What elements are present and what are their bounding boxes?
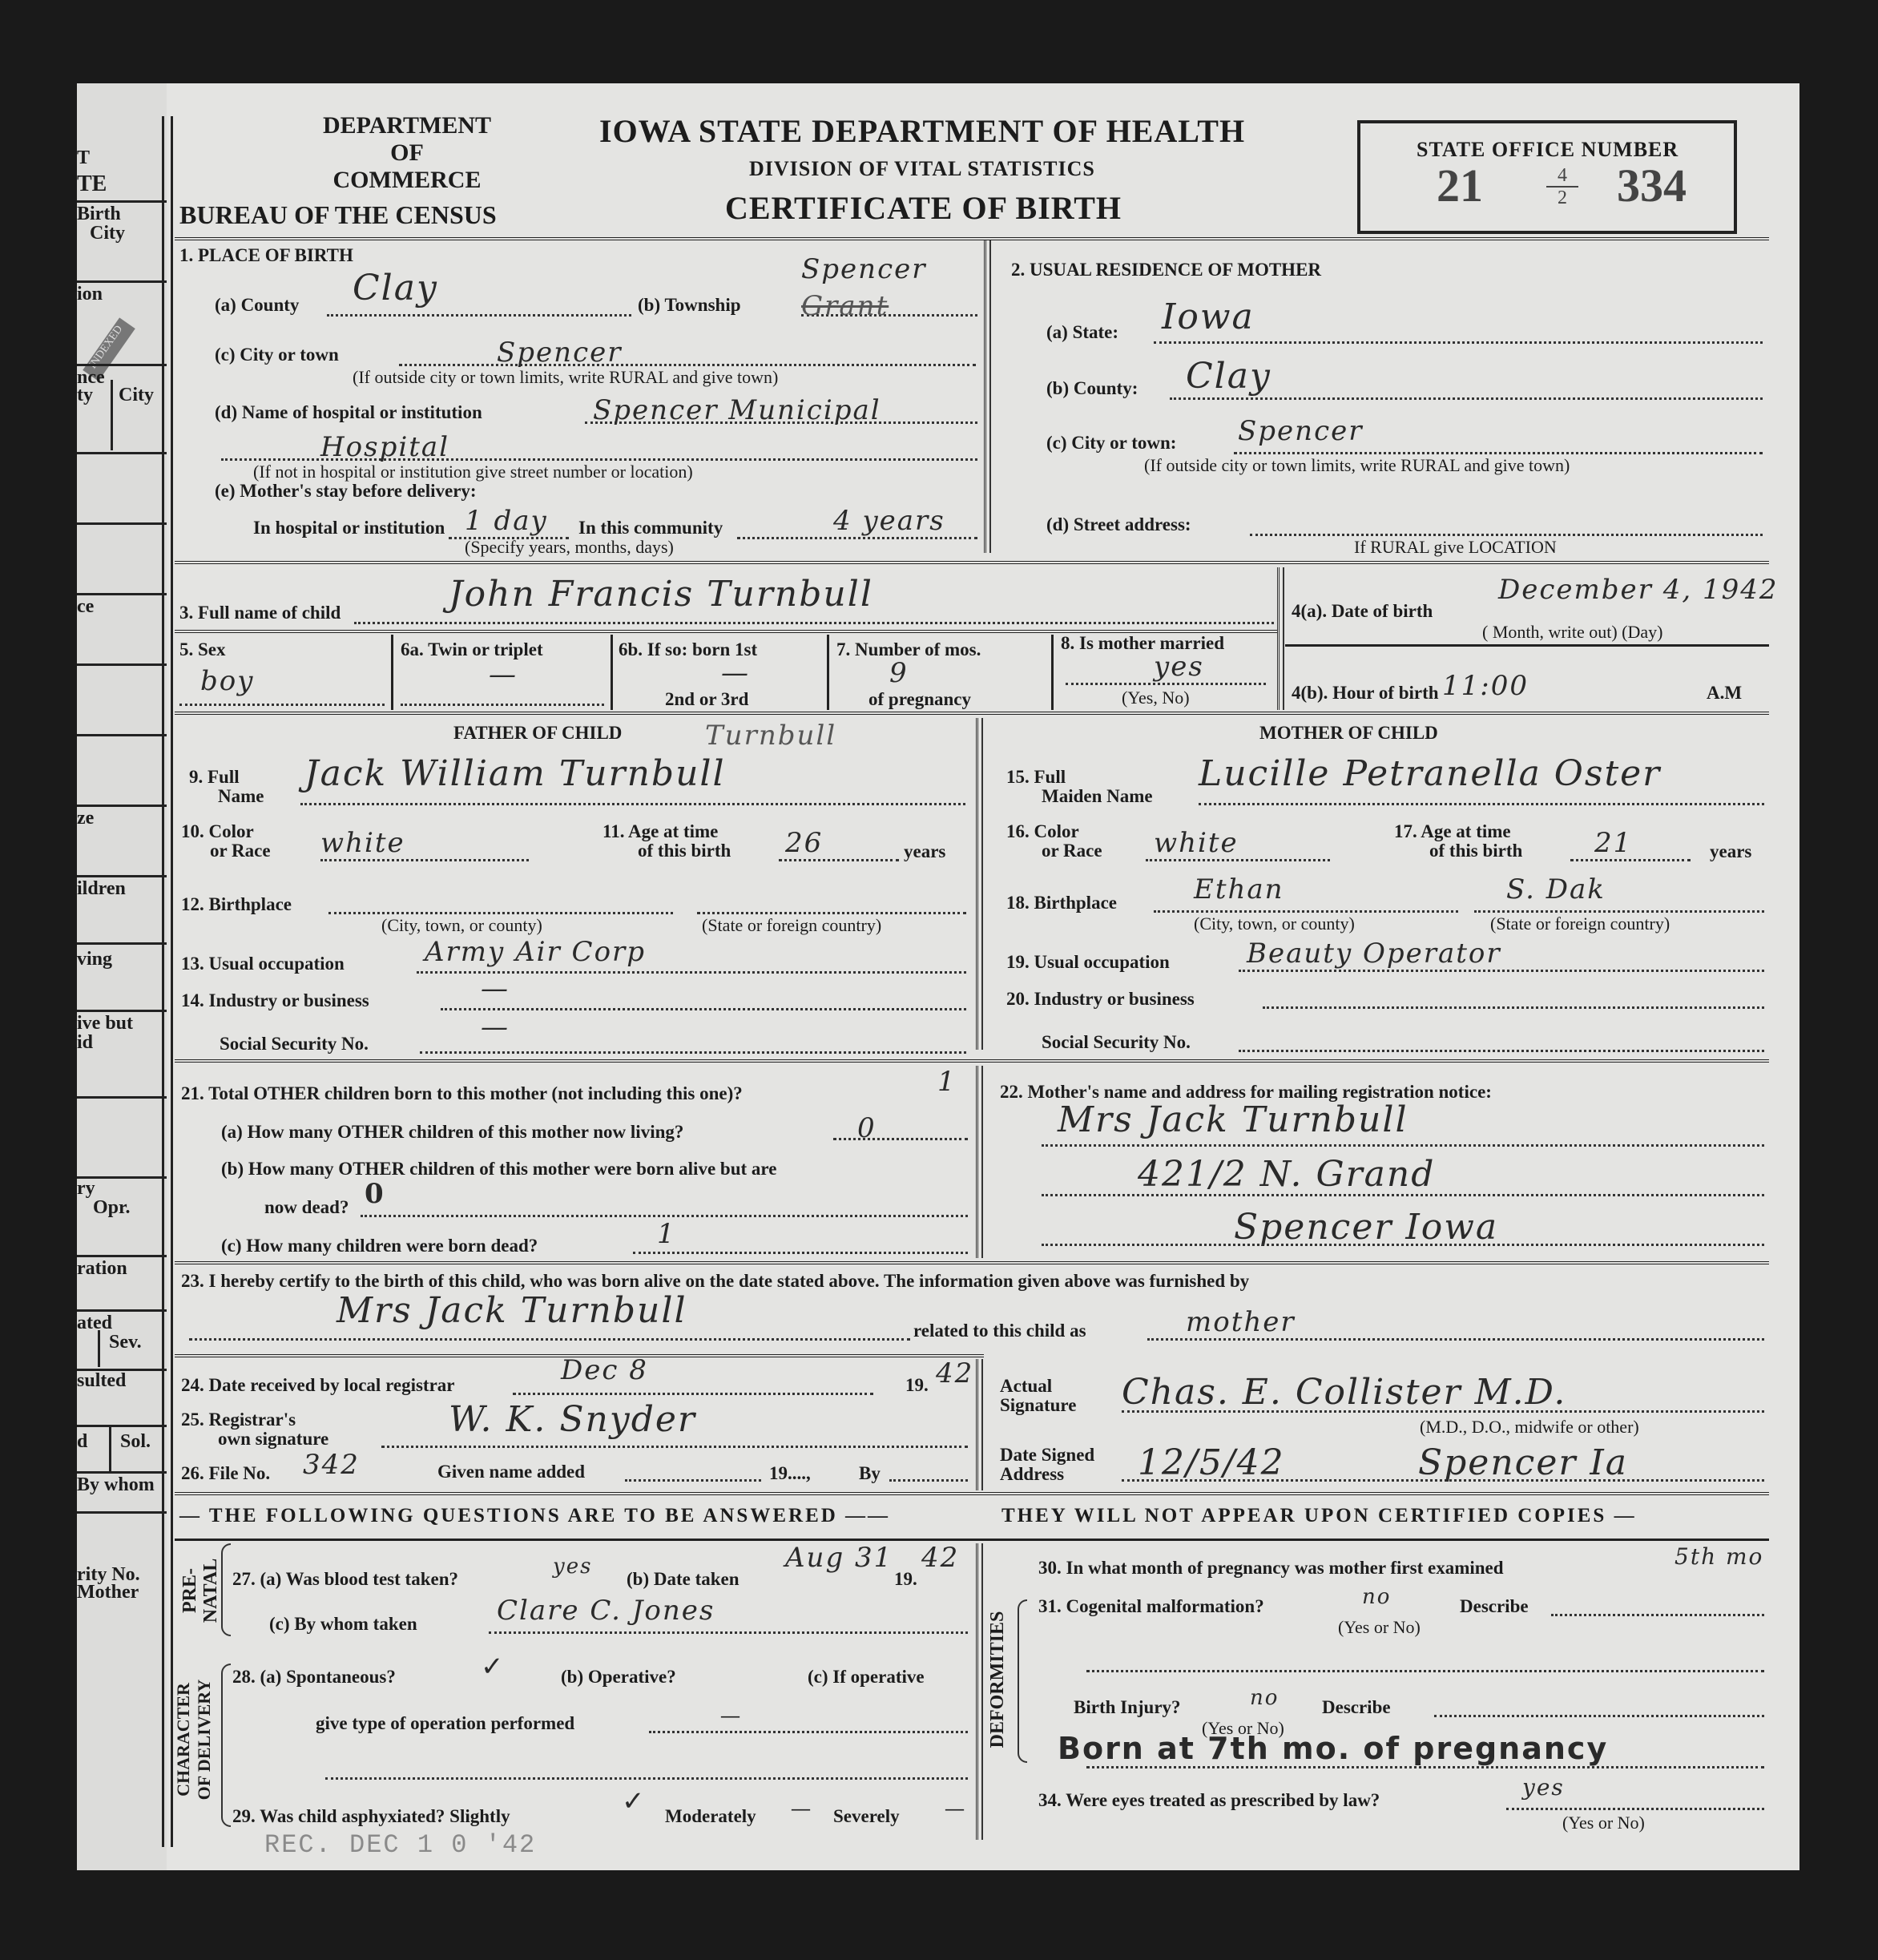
father-color-label: 10. Coloror Race [181,822,271,861]
certificate-title: CERTIFICATE OF BIRTH [725,189,1122,227]
res-state-label: (a) State: [1046,322,1118,343]
q29-label: 29. Was child asphyxiated? Slightly [232,1806,510,1827]
delivery-brace [221,1664,231,1827]
res-city-label: (c) City or town: [1046,433,1176,454]
father-heading: FATHER OF CHILD [453,723,622,744]
form-title: IOWA STATE DEPARTMENT OF HEALTH [599,112,1245,150]
left-stub: T TE Birth City ion INDEXED nce ty City … [77,83,167,1870]
stub-text: ce [77,596,94,618]
dept-commerce-block: DEPARTMENT OF COMMERCE [271,112,543,194]
birth-injury-describe-label: Describe [1322,1697,1391,1718]
date-signed-label: Date SignedAddress [1000,1446,1094,1484]
sex-field[interactable]: boy [200,665,254,697]
attendant-signature-field[interactable]: Chas. E. Collister M.D. [1122,1372,1566,1413]
q31-field[interactable]: no [1362,1585,1391,1609]
place-of-birth-heading: 1. PLACE OF BIRTH [179,245,353,266]
mailing-line-1[interactable]: Mrs Jack Turnbull [1058,1099,1408,1140]
q21-label: 21. Total OTHER children born to this mo… [181,1083,743,1104]
q21b-label-2: now dead? [264,1197,349,1218]
q21b-field[interactable]: 0 [365,1178,385,1210]
q31-label: 31. Cogenital malformation? [1038,1596,1264,1617]
stub-text: Mother [77,1582,139,1603]
given-year-prefix: 19...., [769,1463,811,1484]
file-no-field[interactable]: 342 [303,1449,360,1481]
stub-text: Opr. [93,1197,130,1219]
q29-moderately-label: Moderately [665,1806,756,1827]
stub-text: By whom [77,1474,155,1496]
q28c-label: (c) If operative [808,1667,925,1688]
stub-text: ive but [77,1013,133,1034]
father-name-label: 9. FullName [189,768,264,806]
born-order-field[interactable]: — [721,657,750,689]
birth-injury-field[interactable]: no [1250,1686,1279,1710]
pob-township-label: (b) Township [638,295,741,316]
q21a-label: (a) How many OTHER children of this moth… [221,1122,683,1143]
stub-text: ion [77,284,103,305]
father-age-field[interactable]: 26 [785,827,823,859]
registrar-signature-field[interactable]: W. K. Snyder [449,1399,696,1440]
stub-text: City [90,223,125,244]
related-label: related to this child as [913,1321,1086,1341]
state-office-fraction: 4 2 [1546,165,1578,208]
bureau-census: BUREAU OF THE CENSUS [179,200,497,230]
pob-stay-note: (Specify years, months, days) [465,537,674,558]
stub-divider [162,116,173,1847]
q34-yes-no-note: (Yes or No) [1562,1813,1645,1833]
state-office-prefix: 21 [1437,159,1483,212]
q27b-label: (b) Date taken [627,1569,740,1590]
pob-in-community-label: In this community [578,518,723,538]
pob-hospital-note: (If not in hospital or institution give … [253,462,693,482]
deformities-label: DEFORMITIES [987,1599,1008,1760]
q27a-field[interactable]: yes [553,1555,592,1579]
mailing-line-3[interactable]: Spencer Iowa [1234,1207,1498,1248]
deformities-brace [1018,1599,1027,1763]
res-city-field[interactable]: Spencer [1238,415,1364,447]
mother-occupation-label: 19. Usual occupation [1006,952,1170,973]
state-office-number-box: STATE OFFICE NUMBER 21 4 2 334 [1357,120,1737,234]
q29-severely-field[interactable]: — [945,1798,964,1819]
child-name-field[interactable]: John Francis Turnbull [449,574,873,615]
received-date-field[interactable]: Dec 8 [561,1354,648,1386]
mother-occupation-field[interactable]: Beauty Operator [1247,938,1501,970]
res-rural-note: If RURAL give LOCATION [1354,537,1557,558]
prenatal-brace [221,1543,231,1636]
child-dob-field[interactable]: December 4, 1942 [1498,574,1779,606]
pob-township-struck: Grant [801,290,889,322]
q27b-field[interactable]: Aug 31 [785,1542,893,1574]
mother-birthplace-state-field[interactable]: S. Dak [1506,873,1606,905]
months-label-2: of pregnancy [868,689,971,710]
twin-label: 6a. Twin or triplet [401,639,543,660]
mother-birthplace-label: 18. Birthplace [1006,893,1117,913]
father-color-field[interactable]: white [320,827,405,859]
q21a-field[interactable]: 0 [857,1112,877,1144]
mother-ssn-label: Social Security No. [1042,1032,1191,1053]
pob-city-note: (If outside city or town limits, write R… [353,367,778,388]
stub-text: Birth [77,204,121,225]
child-dob-note: ( Month, write out) (Day) [1482,622,1662,643]
pob-county-label: (a) County [215,295,299,316]
received-date-stamp: REC. DEC 1 0 '42 [264,1830,536,1860]
father-age-label: 11. Age at timeof this birth [602,822,731,861]
stub-text: Sev. [109,1332,142,1353]
pob-hospital-field-2[interactable]: Hospital [320,431,449,463]
pob-hospital-label: (d) Name of hospital or institution [215,402,482,423]
stub-text: ze [77,808,94,829]
q27b-year-prefix: 19. [894,1569,917,1590]
father-birthplace-city-note: (City, town, or county) [381,915,542,936]
pob-hospital-field[interactable]: Spencer Municipal [593,394,881,426]
child-dob-label: 4(a). Date of birth [1292,601,1433,622]
relation-field[interactable]: mother [1186,1306,1296,1338]
mother-name-label: 15. FullMaiden Name [1006,768,1153,806]
child-hour-ampm[interactable]: A.M [1707,683,1742,704]
father-industry-field[interactable]: — [481,973,510,1005]
stub-text: ty [77,385,93,406]
division-title: DIVISION OF VITAL STATISTICS [749,157,1095,181]
pob-city-field[interactable]: Spencer [497,337,623,369]
father-occupation-label: 13. Usual occupation [181,954,345,974]
sex-label: 5. Sex [179,639,226,660]
months-field[interactable]: 9 [889,657,909,689]
given-name-label: Given name added [437,1462,585,1482]
q21c-field[interactable]: 1 [657,1218,676,1250]
received-year-prefix: 19. [905,1375,929,1396]
stub-text: ration [77,1258,127,1280]
q21c-label: (c) How many children were born dead? [221,1236,538,1256]
mother-color-label: 16. Coloror Race [1006,822,1102,861]
q27c-label: (c) By whom taken [269,1614,417,1635]
stub-text: sulted [77,1370,126,1392]
file-no-label: 26. File No. [181,1463,270,1484]
mother-age-unit: years [1710,841,1751,862]
residence-heading: 2. USUAL RESIDENCE OF MOTHER [1011,260,1321,280]
attendant-signature-note: (M.D., D.O., midwife or other) [1420,1417,1639,1438]
pob-city-label: (c) City or town [215,345,339,365]
child-hour-label: 4(b). Hour of birth [1292,683,1439,704]
q28c-label-2: give type of operation performed [316,1713,574,1734]
q21-field[interactable]: 1 [937,1066,957,1098]
stub-text: City [119,385,154,406]
mother-birthplace-city-field[interactable]: Ethan [1194,873,1284,905]
father-ssn-field[interactable]: — [481,1011,510,1043]
stub-text: ving [77,949,112,970]
father-occupation-field[interactable]: Army Air Corp [425,936,646,968]
character-of-delivery-label: CHARACTEROF DELIVERY [173,1647,215,1832]
q29-moderately-field[interactable]: — [792,1798,810,1819]
father-birthplace-label: 12. Birthplace [181,894,292,915]
months-label: 7. Number of mos. [836,639,981,660]
res-city-note: (If outside city or town limits, write R… [1144,455,1570,476]
pob-in-hospital-field[interactable]: 1 day [465,505,548,537]
pob-township-field[interactable]: Spencer [801,253,927,285]
pob-stay-label: (e) Mother's stay before delivery: [215,481,477,502]
res-street-label: (d) Street address: [1046,514,1191,535]
received-label: 24. Date received by local registrar [181,1375,455,1396]
given-by-label: By [859,1463,881,1484]
q29-slightly-field[interactable]: ✓ [622,1785,647,1817]
stub-text: ildren [77,878,126,900]
twin-field[interactable]: — [489,659,518,691]
q34-label: 34. Were eyes treated as prescribed by l… [1038,1790,1380,1811]
father-name-field[interactable]: Jack William Turnbull [304,753,726,794]
child-hour-field[interactable]: 11:00 [1442,670,1529,702]
born-order-label-2: 2nd or 3rd [665,689,748,710]
stub-text: id [77,1032,93,1054]
married-field[interactable]: yes [1154,651,1204,683]
date-signed-field[interactable]: 12/5/42 [1138,1442,1285,1483]
mother-industry-label: 20. Industry or business [1006,989,1195,1010]
q21b-label: (b) How many OTHER children of this moth… [221,1159,776,1180]
q34-field[interactable]: yes [1522,1774,1565,1801]
father-industry-label: 14. Industry or business [181,990,369,1011]
pob-in-hospital-label: In hospital or institution [253,518,445,538]
father-name-correction: Turnbull [705,720,836,752]
married-note: (Yes, No) [1122,688,1190,708]
stub-text: Sol. [120,1431,151,1453]
q28a-label: 28. (a) Spontaneous? [232,1667,396,1688]
mother-age-label: 17. Age at timeof this birth [1394,822,1522,861]
q30-field[interactable]: 5th mo [1674,1543,1763,1570]
child-name-label: 3. Full name of child [179,603,341,623]
mother-age-field[interactable]: 21 [1594,827,1632,859]
res-county-label: (b) County: [1046,378,1138,399]
q28b-label: (b) Operative? [561,1667,676,1688]
certify-text: 23. I hereby certify to the birth of thi… [181,1271,1249,1292]
father-age-unit: years [904,841,945,862]
father-ssn-label: Social Security No. [220,1034,369,1055]
res-state-field[interactable]: Iowa [1162,296,1255,337]
stub-text: d [77,1431,87,1453]
stub-text: ry [77,1178,95,1200]
res-county-field[interactable]: Clay [1186,356,1271,397]
pob-in-community-field[interactable]: 4 years [833,505,945,537]
mother-name-field[interactable]: Lucille Petranella Oster [1199,753,1661,794]
q27b-year-field[interactable]: 42 [921,1542,959,1574]
pob-county-field[interactable]: Clay [353,268,438,309]
stub-text: TE [77,171,107,197]
prenatal-label: PRE-NATAL [179,1547,221,1635]
birth-injury-remark[interactable]: Born at 7th mo. of pregnancy [1058,1731,1608,1766]
mother-birthplace-state-note: (State or foreign country) [1490,913,1670,934]
q27c-field[interactable]: Clare C. Jones [497,1595,715,1627]
confidential-banner-left: — THE FOLLOWING QUESTIONS ARE TO BE ANSW… [179,1505,890,1527]
informant-field[interactable]: Mrs Jack Turnbull [337,1290,687,1331]
mother-heading: MOTHER OF CHILD [1259,723,1438,744]
attendant-address-field[interactable]: Spencer Ia [1418,1442,1628,1483]
mailing-line-2[interactable]: 421/2 N. Grand [1138,1154,1435,1195]
q31-describe-label: Describe [1460,1596,1529,1617]
state-office-suffix: 334 [1617,159,1687,212]
stub-text: ated [77,1313,112,1334]
attendant-signature-label: ActualSignature [1000,1377,1076,1415]
q31-yes-no-note: (Yes or No) [1338,1617,1421,1638]
mother-color-field[interactable]: white [1154,827,1239,859]
father-birthplace-state-note: (State or foreign country) [702,915,881,936]
q29-severely-label: Severely [833,1806,900,1827]
received-year-field[interactable]: 42 [936,1357,973,1389]
registrar-signature-label: 25. Registrar'sown signature [181,1410,328,1449]
q28a-field[interactable]: ✓ [481,1651,506,1683]
q27a-label: 27. (a) Was blood test taken? [232,1569,458,1590]
q28c-field[interactable]: — [721,1705,740,1726]
mother-birthplace-city-note: (City, town, or county) [1194,913,1355,934]
stub-text: T [77,147,90,169]
birth-injury-label: Birth Injury? [1074,1697,1181,1718]
q30-label: 30. In what month of pregnancy was mothe… [1038,1558,1504,1579]
confidential-banner-right: THEY WILL NOT APPEAR UPON CERTIFIED COPI… [1001,1505,1637,1527]
